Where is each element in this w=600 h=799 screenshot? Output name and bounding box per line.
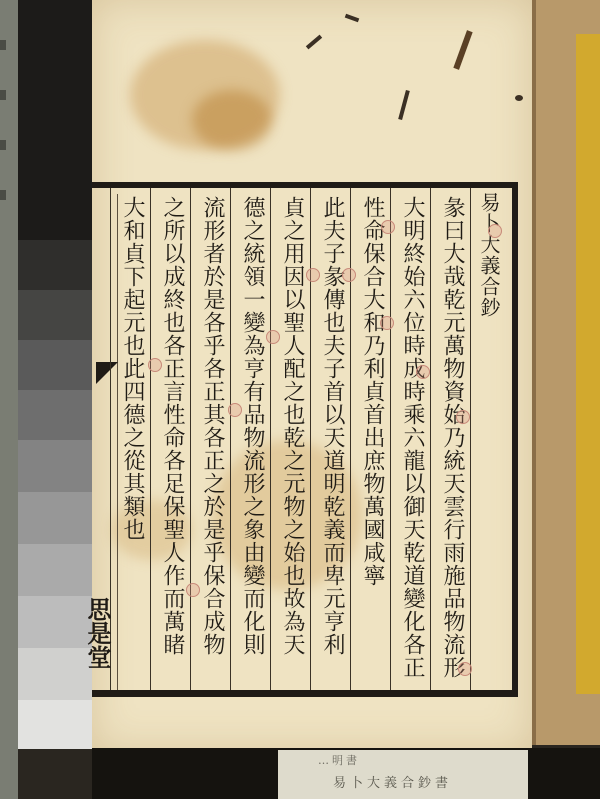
column-text: 性命保合大和乃利貞首出庶物萬國咸寧 <box>353 196 391 587</box>
column-text: 大明終始六位時成時乘六龍以御天乾道變化各正 <box>393 196 431 679</box>
scale-patch <box>18 290 93 340</box>
text-column: 彖曰大哉乾元萬物資始乃統天雲行雨施品物流形 <box>430 188 470 690</box>
yellow-cover-card <box>576 34 600 694</box>
color-reference-edge <box>0 0 18 799</box>
scale-patch <box>18 544 93 596</box>
punctuation-circle <box>186 583 200 597</box>
scale-patch <box>18 340 93 390</box>
punctuation-circle <box>381 220 395 234</box>
punctuation-circle <box>306 268 320 282</box>
scale-tick <box>0 140 6 150</box>
scale-patch <box>18 390 93 440</box>
scale-patch <box>18 440 93 492</box>
text-column: 性命保合大和乃利貞首出庶物萬國咸寧 <box>350 188 390 690</box>
scale-tick <box>0 190 6 200</box>
text-columns: 易卜大義合鈔 彖曰大哉乾元萬物資始乃統天雲行雨施品物流形 大明終始六位時成時乘六… <box>100 188 510 690</box>
grayscale-reference-strip <box>18 0 93 799</box>
text-column: 大和貞下起元也此四德之從其類也 <box>110 188 150 690</box>
text-column: 貞之用因以聖人配之也乾之元物之始也故為天 <box>270 188 310 690</box>
text-column: 流形者於是各乎各正其各正之於是乎保合成物 <box>190 188 230 690</box>
catalog-slip-line-2: 易卜大義合鈔書 <box>333 772 452 791</box>
punctuation-circle <box>488 224 502 238</box>
catalog-slip: …明書 易卜大義合鈔書 <box>278 750 528 799</box>
punctuation-circle <box>228 403 242 417</box>
water-stain <box>192 90 272 150</box>
text-column: 德之統領一變為亨有品物流形之象由變而化則 <box>230 188 270 690</box>
column-text: 貞之用因以聖人配之也乾之元物之始也故為天 <box>273 196 311 656</box>
text-column: 之所以成終也各正言性命各足保聖人作而萬睹 <box>150 188 190 690</box>
hall-name-label: 思是堂 <box>84 597 110 669</box>
title-column: 易卜大義合鈔 <box>470 188 510 690</box>
punctuation-circle <box>266 330 280 344</box>
column-text: 德之統領一變為亨有品物流形之象由變而化則 <box>233 196 271 656</box>
frame-bottom-rule <box>92 690 518 697</box>
scale-tick <box>0 40 6 50</box>
scale-patch <box>18 492 93 544</box>
column-text: 此夫子彖傳也夫子首以天道明乾義而卑元亨利 <box>313 196 351 656</box>
book-title: 易卜大義合鈔 <box>473 192 505 318</box>
text-column: 大明終始六位時成時乘六龍以御天乾道變化各正 <box>390 188 430 690</box>
board-edge <box>532 0 536 745</box>
punctuation-circle <box>380 316 394 330</box>
punctuation-circle <box>416 365 430 379</box>
scale-patch <box>18 240 93 290</box>
scale-patch <box>18 596 93 648</box>
punctuation-circle <box>456 410 470 424</box>
scale-patch <box>18 648 93 700</box>
worm-hole <box>515 95 523 101</box>
scale-tick <box>0 90 6 100</box>
scale-patch <box>18 700 93 749</box>
scale-patch <box>18 0 93 240</box>
punctuation-circle <box>342 268 356 282</box>
punctuation-circle <box>458 662 472 676</box>
column-text: 大和貞下起元也此四德之從其類也 <box>113 196 151 541</box>
column-text: 彖曰大哉乾元萬物資始乃統天雲行雨施品物流形 <box>433 196 471 679</box>
text-column: 此夫子彖傳也夫子首以天道明乾義而卑元亨利 <box>310 188 350 690</box>
punctuation-circle <box>148 358 162 372</box>
catalog-slip-line-1: …明書 <box>318 752 360 768</box>
